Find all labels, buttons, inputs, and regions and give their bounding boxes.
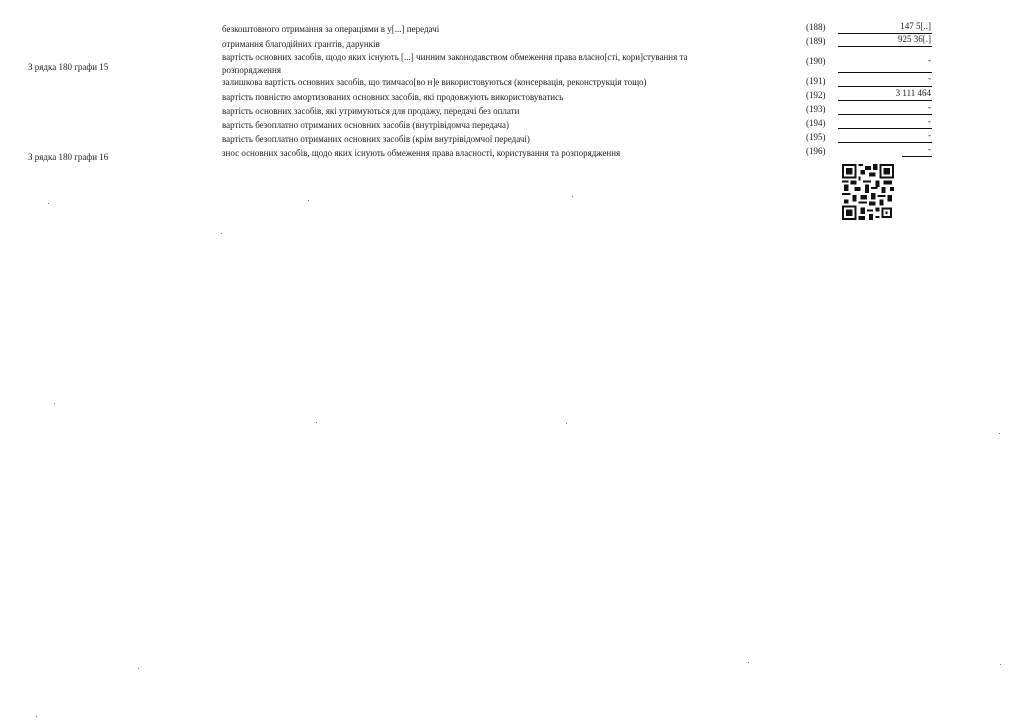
value-underline xyxy=(838,142,932,143)
value-underline xyxy=(838,100,932,101)
row-label-188: безкоштовного отримання за операціями в … xyxy=(222,24,439,35)
scan-speck xyxy=(308,200,309,201)
row-code-194: (194) xyxy=(806,118,826,128)
row-value-190: - xyxy=(928,55,931,65)
row-code-195: (195) xyxy=(806,132,826,142)
row-label-190: вартість основних засобів, щодо яких існ… xyxy=(222,52,688,63)
value-underline xyxy=(838,46,932,47)
row-value-193: - xyxy=(928,102,931,112)
row-code-196: (196) xyxy=(806,146,826,156)
value-underline xyxy=(838,128,932,129)
scan-speck xyxy=(748,662,749,663)
scan-speck xyxy=(48,203,49,204)
qr-code-icon xyxy=(842,164,894,220)
row-value-195: - xyxy=(928,130,931,140)
row-label-190-cont: розпорядження xyxy=(222,65,281,76)
row-label-195: вартість безоплатно отриманих основних з… xyxy=(222,134,530,145)
scan-speck xyxy=(54,403,55,404)
row-value-196: - xyxy=(928,144,931,154)
row-label-193: вартість основних засобів, які утримують… xyxy=(222,106,519,117)
row-label-194: вартість безоплатно отриманих основних з… xyxy=(222,120,509,131)
scan-speck xyxy=(36,716,37,717)
row-code-191: (191) xyxy=(806,76,826,86)
scan-speck xyxy=(316,422,317,423)
row-label-189: отримання благодійних грантів, дарунків xyxy=(222,39,380,50)
scan-speck xyxy=(572,196,573,197)
row-label-196: знос основних засобів, щодо яких існують… xyxy=(222,148,620,159)
value-underline xyxy=(838,72,932,73)
scan-speck xyxy=(999,433,1000,434)
row-label-192: вартість повністю амортизованих основних… xyxy=(222,92,563,103)
row-code-192: (192) xyxy=(806,90,826,100)
side-label-graph-15: З рядка 180 графи 15 xyxy=(28,62,108,72)
side-label-graph-16: З рядка 180 графи 16 xyxy=(28,152,108,162)
scan-speck xyxy=(566,423,567,424)
row-value-189: 925 36[.] xyxy=(898,34,931,44)
scan-speck xyxy=(221,233,222,234)
value-underline xyxy=(902,156,932,157)
value-underline xyxy=(838,114,932,115)
scan-speck xyxy=(138,668,139,669)
row-code-190: (190) xyxy=(806,56,826,66)
row-code-193: (193) xyxy=(806,104,826,114)
row-value-194: - xyxy=(928,116,931,126)
scan-speck xyxy=(1000,664,1001,665)
row-code-189: (189) xyxy=(806,36,826,46)
row-value-188: 147 5[..] xyxy=(900,21,931,31)
row-label-191: залишкова вартість основних засобів, що … xyxy=(222,77,647,88)
row-code-188: (188) xyxy=(806,22,826,32)
row-value-192: 3 111 464 xyxy=(896,88,931,98)
row-value-191: - xyxy=(928,73,931,83)
value-underline xyxy=(838,86,932,87)
